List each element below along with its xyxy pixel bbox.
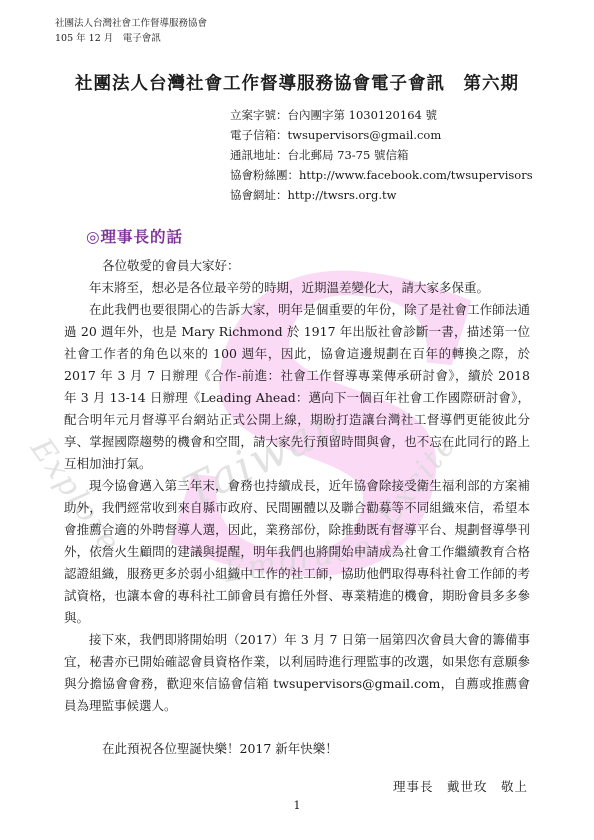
info-registration-number: 立案字號：台內團字第 1030120164 號: [230, 105, 594, 125]
association-info-block: 立案字號：台內團字第 1030120164 號 電子信箱：twsuperviso…: [230, 105, 594, 205]
info-facebook-url: 協會粉絲團：http://www.facebook.com/twsupervis…: [230, 165, 594, 185]
info-email: 電子信箱：twsupervisors@gmail.com: [230, 125, 594, 145]
section-title-chairman-message: ◎理事長的話: [86, 225, 594, 247]
info-website-url: 協會網址：http://twsrs.org.tw: [230, 185, 594, 205]
newsletter-title: 社團法人台灣社會工作督導服務協會電子會訊 第六期: [0, 70, 594, 95]
closing-wishes: 在此預祝各位聖誕快樂！2017 新年快樂！: [102, 739, 594, 757]
header-organization: 社團法人台灣社會工作督導服務協會: [55, 16, 594, 31]
message-body: 年末將至，想必是各位最辛勞的時期，近期溫差變化大，請大家多保重。 在此我們也要很…: [64, 277, 530, 717]
document-content: 社團法人台灣社會工作督導服務協會 105 年 12 月 電子會訊 社團法人台灣社…: [0, 0, 594, 795]
info-mailing-address: 通訊地址：台北郵局 73-75 號信箱: [230, 145, 594, 165]
newsletter-page: S Taiwan Explore · Embrace · Excite 社團法人…: [0, 0, 594, 840]
page-number: 1: [0, 799, 594, 812]
header-issue-date: 105 年 12 月 電子會訊: [55, 31, 594, 46]
paragraph-3: 現今協會邁入第三年末，會務也持續成長，近年協會除接受衛生福利部的方案補助外，我們…: [64, 475, 530, 629]
chairman-signature: 理事長 戴世玫 敬上: [0, 777, 594, 795]
page-header: 社團法人台灣社會工作督導服務協會 105 年 12 月 電子會訊: [0, 0, 594, 46]
paragraph-2: 在此我們也要很開心的告訴大家，明年是個重要的年份，除了是社會工作師法通過 20 …: [64, 299, 530, 475]
paragraph-1: 年末將至，想必是各位最辛勞的時期，近期溫差變化大，請大家多保重。: [64, 277, 530, 299]
paragraph-4: 接下來，我們即將開始明（2017）年 3 月 7 日第一屆第四次會員大會的籌備事…: [64, 629, 530, 717]
greeting-line: 各位敬愛的會員大家好：: [102, 256, 594, 274]
